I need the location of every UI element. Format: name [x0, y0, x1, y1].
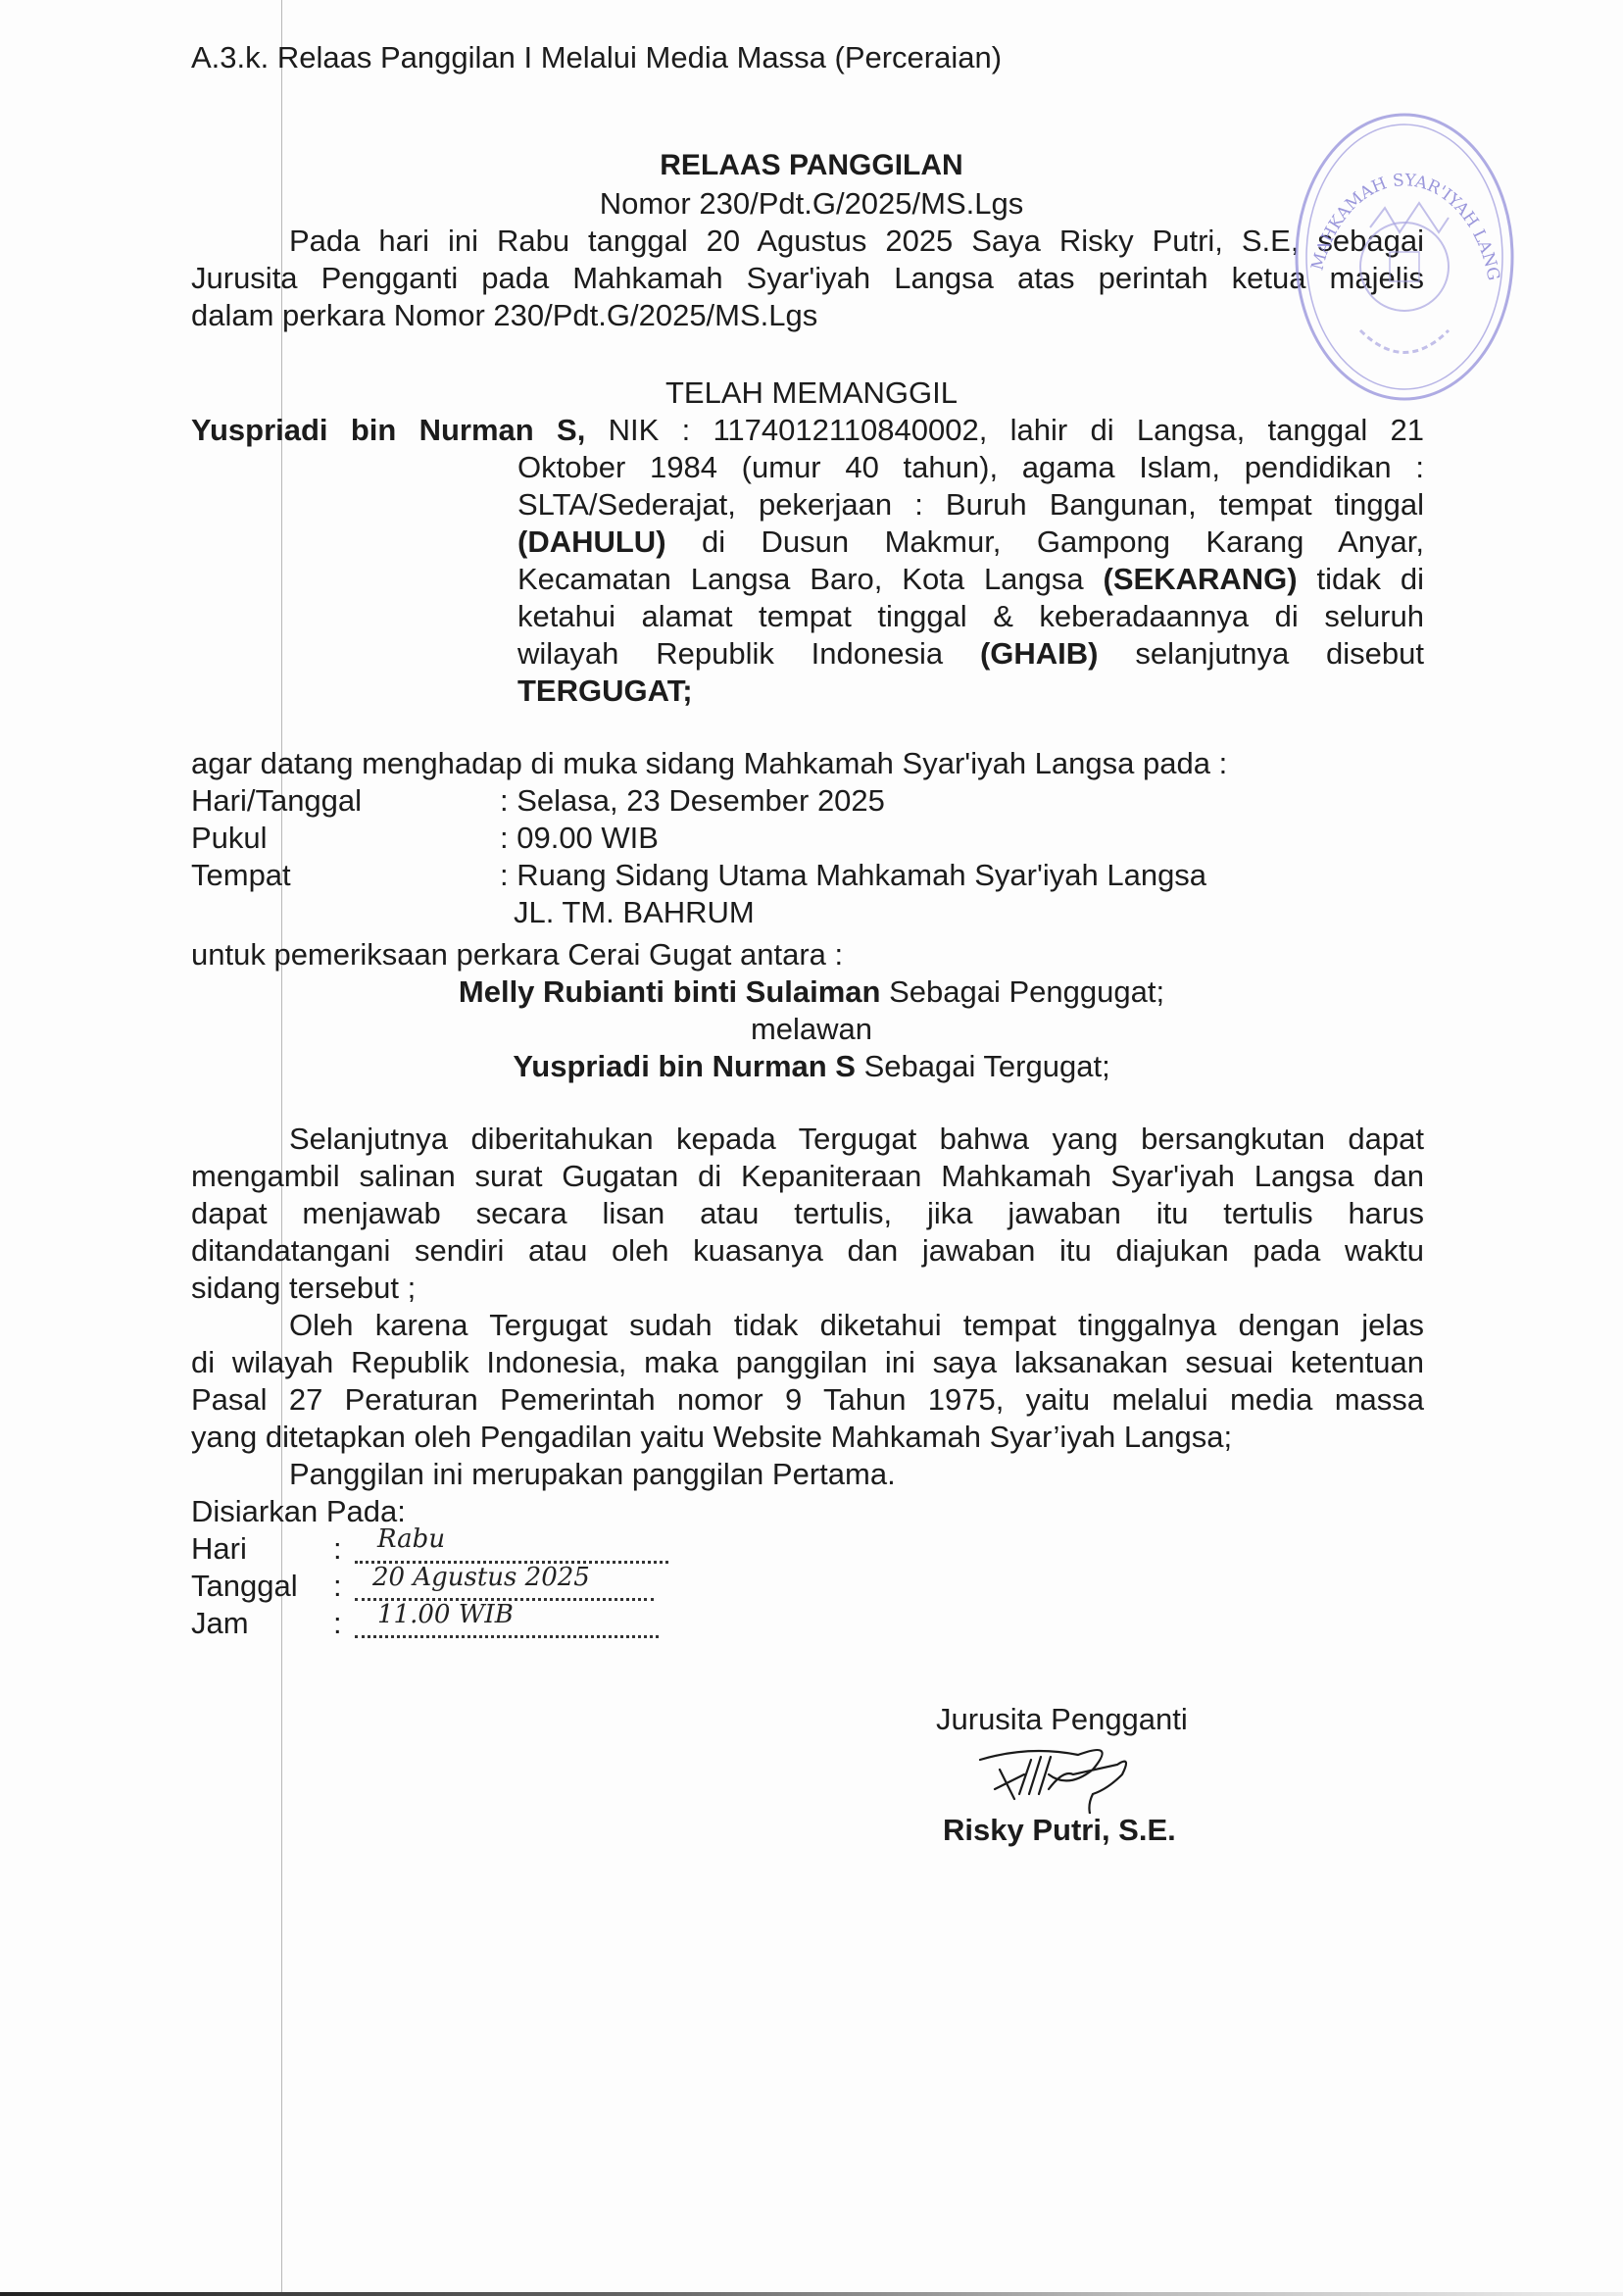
- court-stamp: MAHKAMAH SYAR'IYAH LANGSA: [1292, 110, 1517, 404]
- detail-text: di Dusun Makmur, Gampong Karang Anyar,: [666, 524, 1424, 559]
- broadcast-time-field: [355, 1635, 659, 1638]
- broadcast-colon: :: [333, 1530, 342, 1568]
- closing-statement: Panggilan ini merupakan panggilan Pertam…: [289, 1456, 896, 1493]
- notice-paragraph: Selanjutnya diberitahukan kepada Terguga…: [191, 1121, 1424, 1307]
- defendant-line-name: Yuspriadi bin Nurman S: [513, 1049, 856, 1083]
- detail-text: ketahui alamat tempat tinggal & keberada…: [517, 599, 1424, 633]
- svg-text:MAHKAMAH SYAR'IYAH LANGSA: MAHKAMAH SYAR'IYAH LANGSA: [1292, 110, 1503, 282]
- plaintiff-role: Sebagai Penggugat;: [881, 974, 1165, 1009]
- opening-line: Pada hari ini Rabu tanggal 20 Agustus 20…: [191, 223, 1424, 260]
- defendant-detail-line: TERGUGAT;: [517, 673, 1424, 710]
- broadcast-label-time: Jam: [191, 1605, 249, 1642]
- defendant-detail-line: Oktober 1984 (umur 40 tahun), agama Isla…: [517, 449, 1424, 486]
- summons-intro: agar datang menghadap di muka sidang Mah…: [191, 745, 1227, 782]
- broadcast-date-handwritten: 20 Agustus 2025: [372, 1563, 590, 1592]
- defendant-detail-line: (DAHULU) di Dusun Makmur, Gampong Karang…: [517, 524, 1424, 561]
- schedule-value-time: : 09.00 WIB: [500, 820, 659, 857]
- defendant-line: Yuspriadi bin Nurman S Sebagai Tergugat;: [0, 1048, 1623, 1085]
- emphasized-text: (GHAIB): [980, 636, 1099, 671]
- defendant-identity: NIK : 1174012110840002, lahir di Langsa,…: [609, 413, 1424, 447]
- defendant-detail-line: wilayah Republik Indonesia (GHAIB) selan…: [517, 635, 1424, 673]
- defendant-details: Oktober 1984 (umur 40 tahun), agama Isla…: [517, 449, 1424, 710]
- schedule-value-place: : Ruang Sidang Utama Mahkamah Syar'iyah …: [500, 857, 1206, 894]
- reason-paragraph: Oleh karena Tergugat sudah tidak diketah…: [191, 1307, 1424, 1456]
- section-heading-summoned: TELAH MEMANGGIL: [0, 374, 1623, 412]
- detail-text: Oktober 1984 (umur 40 tahun), agama Isla…: [517, 450, 1424, 484]
- broadcast-colon: :: [333, 1605, 342, 1642]
- broadcast-label-day: Hari: [191, 1530, 247, 1568]
- broadcast-heading: Disiarkan Pada:: [191, 1493, 406, 1530]
- broadcast-label-date: Tanggal: [191, 1568, 298, 1605]
- emphasized-text: (DAHULU): [517, 524, 666, 559]
- opening-paragraph: Pada hari ini Rabu tanggal 20 Agustus 20…: [191, 223, 1424, 334]
- signatory-role: Jurusita Pengganti: [936, 1701, 1188, 1738]
- notice-line: sidang tersebut ;: [191, 1270, 1424, 1307]
- document-page: A.3.k. Relaas Panggilan I Melalui Media …: [0, 0, 1623, 2296]
- notice-line: dapat menjawab secara lisan atau tertuli…: [191, 1195, 1424, 1232]
- detail-text: selanjutnya disebut: [1099, 636, 1424, 671]
- reason-line: Pasal 27 Peraturan Pemerintah nomor 9 Ta…: [191, 1381, 1424, 1419]
- reason-line: yang ditetapkan oleh Pengadilan yaitu We…: [191, 1419, 1424, 1456]
- versus-label: melawan: [0, 1011, 1623, 1048]
- scan-edge: [0, 2292, 1623, 2296]
- notice-line: mengambil salinan surat Gugatan di Kepan…: [191, 1158, 1424, 1195]
- broadcast-colon: :: [333, 1568, 342, 1605]
- detail-text: wilayah Republik Indonesia: [517, 636, 980, 671]
- plaintiff-line: Melly Rubianti binti Sulaiman Sebagai Pe…: [0, 973, 1623, 1011]
- plaintiff-name: Melly Rubianti binti Sulaiman: [459, 974, 881, 1009]
- defendant-detail-line: SLTA/Sederajat, pekerjaan : Buruh Bangun…: [517, 486, 1424, 524]
- schedule-value-day: : Selasa, 23 Desember 2025: [500, 782, 885, 820]
- case-intro: untuk pemeriksaan perkara Cerai Gugat an…: [191, 936, 843, 973]
- form-code-header: A.3.k. Relaas Panggilan I Melalui Media …: [191, 39, 1002, 76]
- schedule-label-day: Hari/Tanggal: [191, 782, 362, 820]
- notice-line: Selanjutnya diberitahukan kepada Terguga…: [191, 1121, 1424, 1158]
- opening-line: dalam perkara Nomor 230/Pdt.G/2025/MS.Lg…: [191, 297, 1424, 334]
- broadcast-day-handwritten: Rabu: [377, 1524, 445, 1554]
- detail-text: SLTA/Sederajat, pekerjaan : Buruh Bangun…: [517, 487, 1424, 522]
- signatory-name: Risky Putri, S.E.: [943, 1812, 1176, 1849]
- schedule-label-time: Pukul: [191, 820, 268, 857]
- defendant-first-line: Yuspriadi bin Nurman S, NIK : 1174012110…: [191, 412, 1424, 449]
- reason-line: Oleh karena Tergugat sudah tidak diketah…: [191, 1307, 1424, 1344]
- emphasized-text: TERGUGAT;: [517, 674, 693, 708]
- detail-text: Kecamatan Langsa Baro, Kota Langsa: [517, 562, 1104, 596]
- defendant-name: Yuspriadi bin Nurman S,: [191, 413, 585, 447]
- emphasized-text: (SEKARANG): [1104, 562, 1298, 596]
- detail-text: tidak di: [1298, 562, 1424, 596]
- opening-line: Jurusita Pengganti pada Mahkamah Syar'iy…: [191, 260, 1424, 297]
- signature-mark: [970, 1735, 1166, 1814]
- broadcast-time-handwritten: 11.00 WIB: [377, 1600, 514, 1629]
- schedule-label-place: Tempat: [191, 857, 291, 894]
- schedule-value-address: JL. TM. BAHRUM: [514, 894, 755, 931]
- defendant-line-role: Sebagai Tergugat;: [856, 1049, 1110, 1083]
- notice-line: ditandatangani sendiri atau oleh kuasany…: [191, 1232, 1424, 1270]
- defendant-detail-line: Kecamatan Langsa Baro, Kota Langsa (SEKA…: [517, 561, 1424, 598]
- defendant-detail-line: ketahui alamat tempat tinggal & keberada…: [517, 598, 1424, 635]
- reason-line: di wilayah Republik Indonesia, maka pang…: [191, 1344, 1424, 1381]
